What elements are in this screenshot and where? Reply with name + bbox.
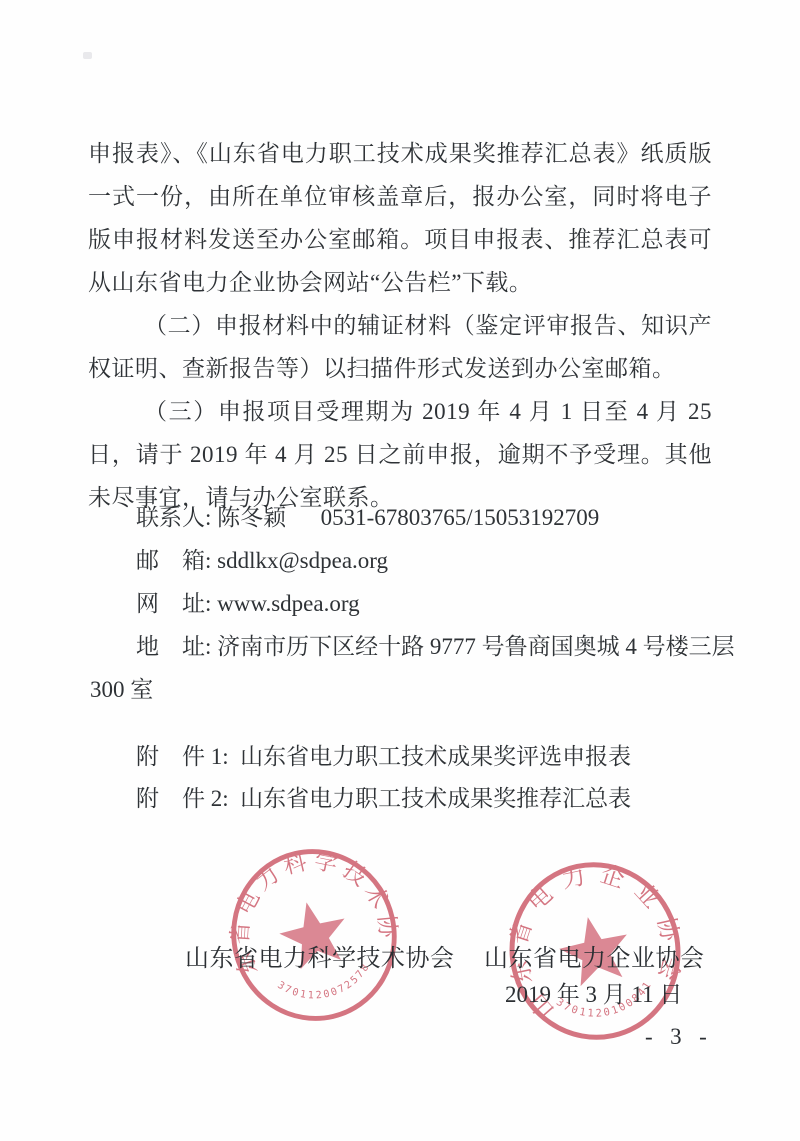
address-value: 济南市历下区经十路 9777 号鲁商国奥城 4 号楼三层 (217, 634, 735, 659)
document-page: 申报表》、《山东省电力职工技术成果奖推荐汇总表》纸质版一式一份，由所在单位审核盖… (0, 0, 800, 1141)
address-line: 地 址: 济南市历下区经十路 9777 号鲁商国奥城 4 号楼三层 (88, 625, 728, 668)
body-text: 申报表》、《山东省电力职工技术成果奖推荐汇总表》纸质版一式一份，由所在单位审核盖… (88, 132, 712, 519)
contact-value: 陈冬颖 0531-67803765/15053192709 (217, 505, 599, 530)
attachment-list: 附 件 1: 山东省电力职工技术成果奖评选申报表 附 件 2: 山东省电力职工技… (88, 736, 728, 820)
page-number: - 3 - (645, 1024, 709, 1050)
document-date: 2019 年 3 月 11 日 (505, 976, 682, 1009)
right-organization-name: 山东省电力企业协会 (484, 938, 705, 973)
scan-artifact (83, 52, 92, 59)
website-value: www.sdpea.org (217, 591, 359, 616)
email-line: 邮 箱: sddlkx@sdpea.org (88, 539, 728, 582)
contact-label: 联系人: (136, 505, 217, 530)
email-label: 邮 箱: (136, 548, 217, 573)
paragraph-2: （二）申报材料中的辅证材料（鉴定评审报告、知识产权证明、查新报告等）以扫描件形式… (88, 304, 712, 390)
contact-info: 联系人: 陈冬颖 0531-67803765/15053192709 邮 箱: … (88, 496, 728, 711)
official-seal-left: 山东省电力科学技术协会 3701120072578 (208, 826, 421, 1045)
attachment-1: 附 件 1: 山东省电力职工技术成果奖评选申报表 (88, 736, 728, 778)
attachment-2: 附 件 2: 山东省电力职工技术成果奖推荐汇总表 (88, 778, 728, 820)
contact-person-line: 联系人: 陈冬颖 0531-67803765/15053192709 (88, 496, 728, 539)
website-line: 网 址: www.sdpea.org (88, 582, 728, 625)
website-label: 网 址: (136, 591, 217, 616)
paragraph-1: 申报表》、《山东省电力职工技术成果奖推荐汇总表》纸质版一式一份，由所在单位审核盖… (88, 132, 712, 304)
address-label: 地 址: (136, 634, 217, 659)
left-organization-name: 山东省电力科学技术协会 (185, 938, 455, 973)
email-value: sddlkx@sdpea.org (217, 548, 388, 573)
address-line-2: 300 室 (88, 668, 728, 711)
